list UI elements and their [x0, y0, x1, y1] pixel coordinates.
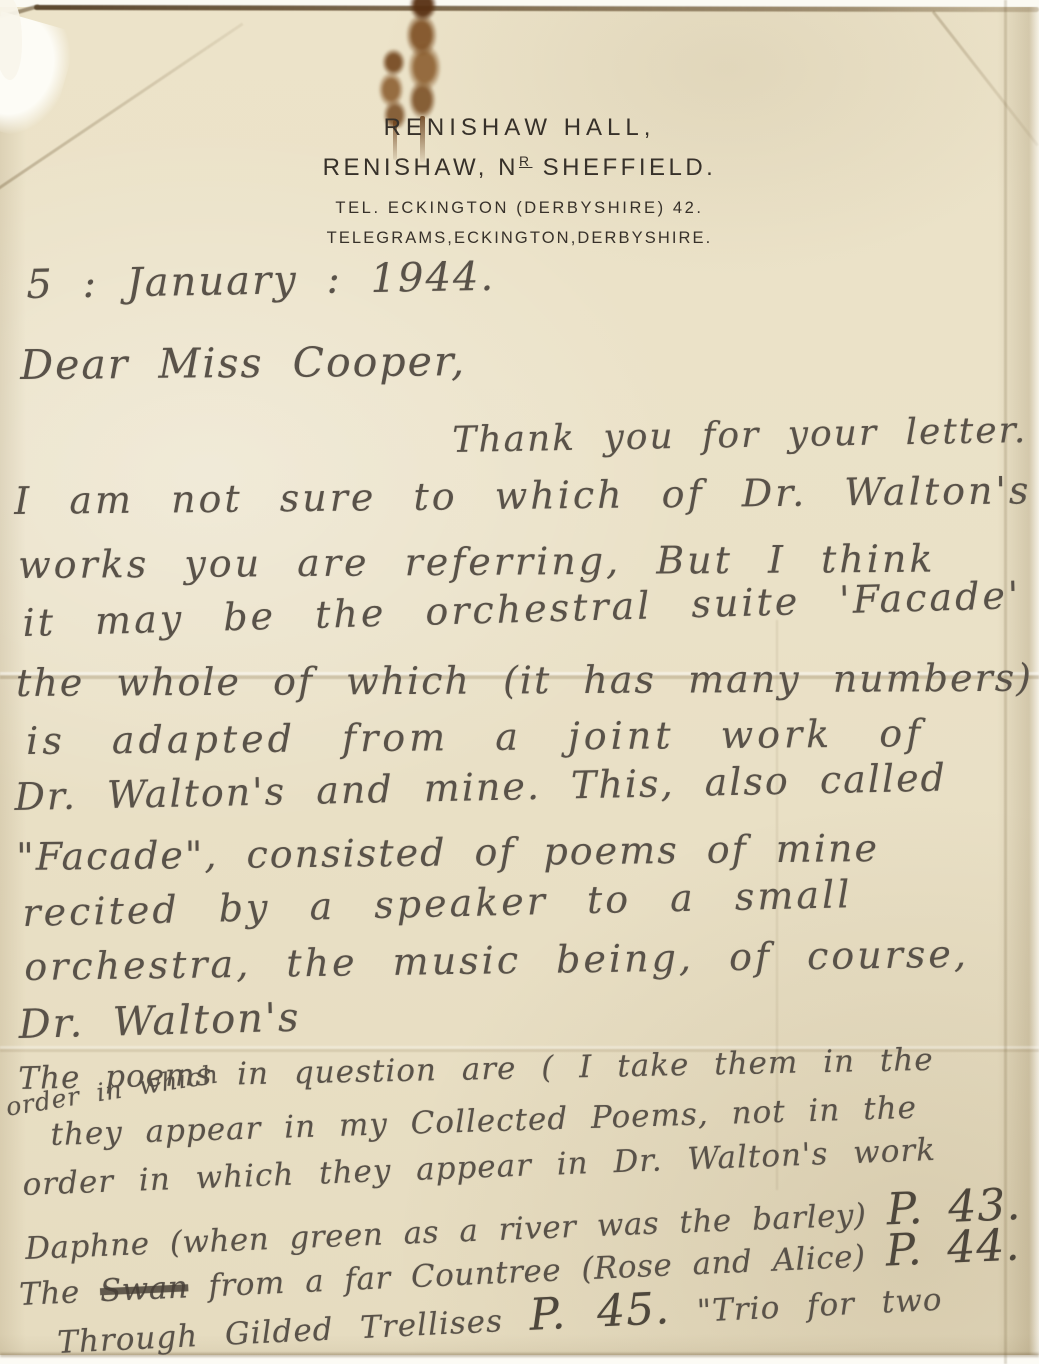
body-line-4: the whole of which (it has many numbers) [16, 657, 1033, 706]
torn-edge-fragment [0, 0, 22, 80]
letterhead-house-name: RENISHAW HALL, [0, 114, 1039, 142]
salutation-line: Dear Miss Cooper, [20, 338, 466, 389]
date-line: 5 : January : 1944. [26, 254, 495, 308]
body-line-5: is adapted from a joint work of [26, 712, 924, 764]
poem-song-pre: The [18, 1273, 100, 1313]
body-line-7: "Facade", consisted of poems of mine [16, 827, 879, 880]
page-ref-45: P. 45. [528, 1283, 671, 1341]
letterhead-address-superscript: R [519, 153, 533, 169]
letterhead-telegrams: TELEGRAMS,ECKINGTON,DERBYSHIRE. [0, 229, 1039, 248]
letterhead-address-pre: RENISHAW, N [323, 154, 519, 181]
letterhead-address-post: SHEFFIELD. [532, 154, 716, 181]
letterhead-address: RENISHAW, NR SHEFFIELD. [0, 153, 1039, 182]
letterhead: RENISHAW HALL, RENISHAW, NR SHEFFIELD. T… [0, 114, 1039, 248]
body-line-10: Dr. Walton's [18, 995, 301, 1048]
ink-stain-large [404, 0, 442, 122]
letterhead-telephone: TEL. ECKINGTON (DERBYSHIRE) 42. [0, 199, 1039, 218]
struck-out-word: Swan [99, 1269, 189, 1309]
page-ref-44: P. 44. [885, 1220, 1022, 1277]
